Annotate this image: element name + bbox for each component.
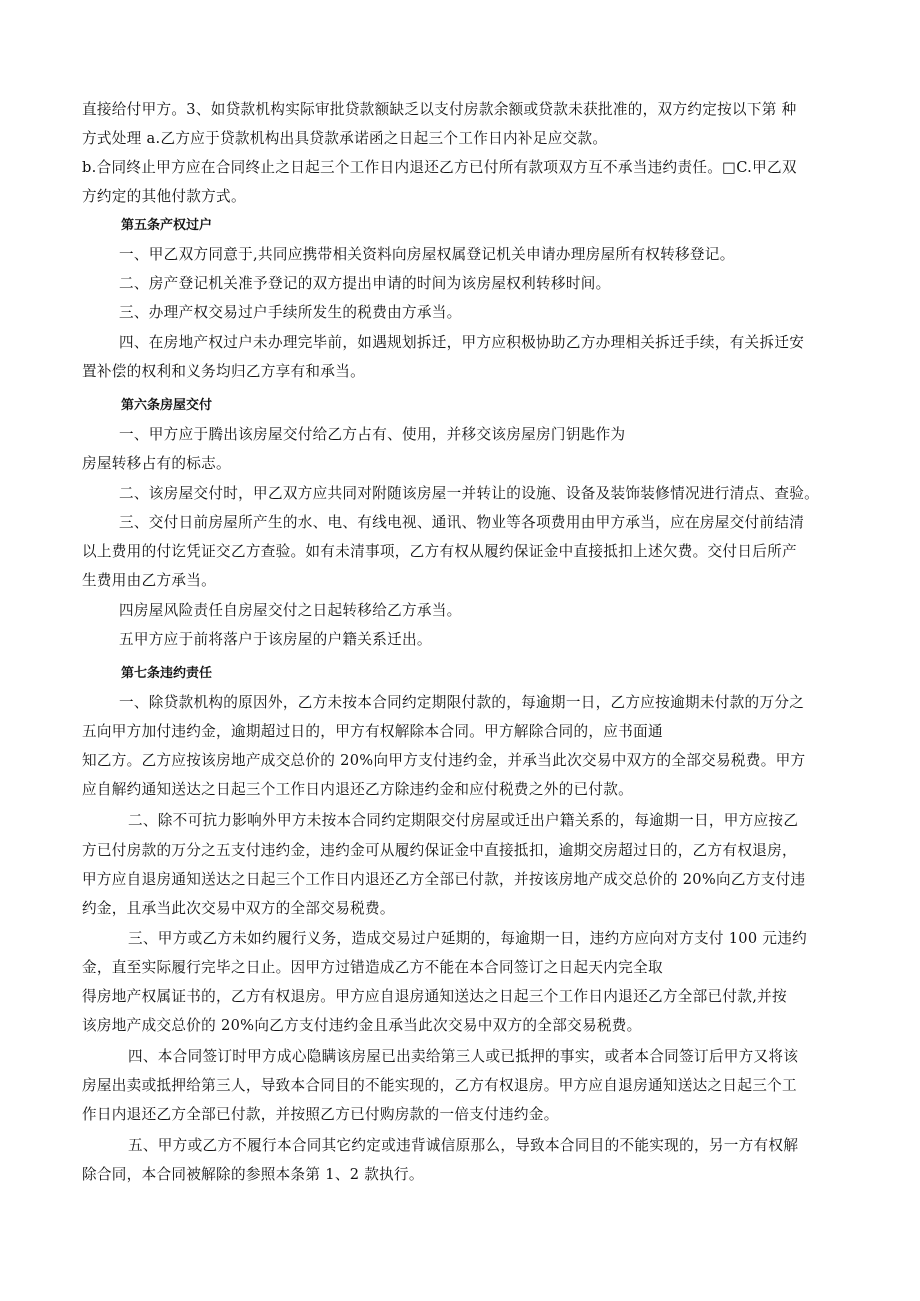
paragraph-line: 一、除贷款机构的原因外，乙方未按本合同约定期限付款的，每逾期一日，乙方应按逾期未… [119,693,804,713]
paragraph-line: 四、在房地产权过户未办理完毕前，如遇规划拆迁，甲方应积极协助乙方办理相关拆迁手续… [119,333,804,353]
paragraph-line: 房屋转移占有的标志。 [82,454,231,474]
paragraph-line: 四房屋风险责任自房屋交付之日起转移给乙方承当。 [119,601,462,621]
paragraph-line: 二、该房屋交付时，甲乙双方应共同对附随该房屋一并转让的设施、设备及装饰装修情况进… [119,484,819,504]
paragraph-line: 方约定的其他付款方式。 [82,187,246,207]
paragraph-line: 生费用由乙方承当。 [82,571,216,591]
paragraph-line: 以上费用的付讫凭证交乙方查验。如有未清事项，乙方有权从履约保证金中直接抵扣上述欠… [82,542,797,562]
paragraph-line: 直接给付甲方。3、如贷款机构实际审批贷款额缺乏以支付房款余额或贷款未获批准的，双… [82,100,797,120]
paragraph-line: 约金，且承当此次交易中双方的全部交易税费。 [82,899,395,919]
paragraph-line: 四、本合同签订时甲方成心隐瞒该房屋已出卖给第三人或已抵押的事实，或者本合同签订后… [128,1047,798,1067]
paragraph-line: 除合同，本合同被解除的参照本条第 1、2 款执行。 [82,1165,424,1185]
article-6-heading: 第六条房屋交付 [121,396,212,416]
paragraph-line: 方已付房款的万分之五支付违约金，违约金可从履约保证金中直接抵扣，逾期交房超过日的… [82,841,797,861]
paragraph-line: 置补偿的权利和义务均归乙方享有和承当。 [82,362,365,382]
paragraph-line: 二、除不可抗力影响外甲方未按本合同约定期限交付房屋或迁出户籍关系的，每逾期一日，… [128,811,798,831]
paragraph-line: 作日内退还乙方全部已付款，并按照乙方已付购房款的一倍支付违约金。 [82,1105,559,1125]
paragraph-line: 甲方应自退房通知送达之日起三个工作日内退还乙方全部已付款，并按该房地产成交总价的… [82,870,805,890]
paragraph-line: 五向甲方加付违约金，逾期超过日的，甲方有权解除本合同。甲方解除合同的，应书面通 [82,722,663,742]
paragraph-line: 二、房产登记机关准予登记的双方提出申请的时间为该房屋权利转移时间。 [119,274,611,294]
document-page: 直接给付甲方。3、如贷款机构实际审批贷款额缺乏以支付房款余额或贷款未获批准的，双… [0,0,920,1301]
paragraph-line: 三、办理产权交易过户手续所发生的税费由方承当。 [119,303,462,323]
paragraph-line: 金，直至实际履行完毕之日止。因甲方过错造成乙方不能在本合同签订之日起天内完全取 [82,958,663,978]
paragraph-line: 三、甲方或乙方未如约履行义务，造成交易过户延期的，每逾期一日，违约方应向对方支付… [128,929,807,949]
paragraph-line: 该房地产成交总价的 20%向乙方支付违约金且承当此次交易中双方的全部交易税费。 [82,1016,642,1036]
paragraph-line: 一、甲方应于腾出该房屋交付给乙方占有、使用，并移交该房屋房门钥匙作为 [119,425,625,445]
paragraph-line: 三、交付日前房屋所产生的水、电、有线电视、通讯、物业等各项费用由甲方承当，应在房… [119,513,804,533]
paragraph-line: 一、甲乙双方同意于,共同应携带相关资料向房屋权属登记机关申请办理房屋所有权转移登… [119,245,735,265]
paragraph-line: 得房地产权属证书的，乙方有权退房。甲方应自退房通知送达之日起三个工作日内退还乙方… [82,987,787,1007]
paragraph-line: 知乙方。乙方应按该房地产成交总价的 20%向甲方支付违约金，并承当此次交易中双方… [82,751,805,771]
paragraph-line: 房屋出卖或抵押给第三人，导致本合同目的不能实现的，乙方有权退房。甲方应自退房通知… [82,1076,797,1096]
paragraph-line: b.合同终止甲方应在合同终止之日起三个工作日内退还乙方已付所有款项双方互不承当违… [82,158,797,178]
paragraph-line: 五甲方应于前将落户于该房屋的户籍关系迁出。 [119,630,432,650]
article-7-heading: 第七条违约责任 [121,664,212,684]
paragraph-line: 应自解约通知送达之日起三个工作日内退还乙方除违约金和应付税费之外的已付款。 [82,780,633,800]
article-5-heading: 第五条产权过户 [121,216,212,236]
paragraph-line: 方式处理 a.乙方应于贷款机构出具贷款承诺函之日起三个工作日内补足应交款。 [82,129,607,149]
paragraph-line: 五、甲方或乙方不履行本合同其它约定或违背诚信原那么，导致本合同目的不能实现的，另… [128,1136,798,1156]
